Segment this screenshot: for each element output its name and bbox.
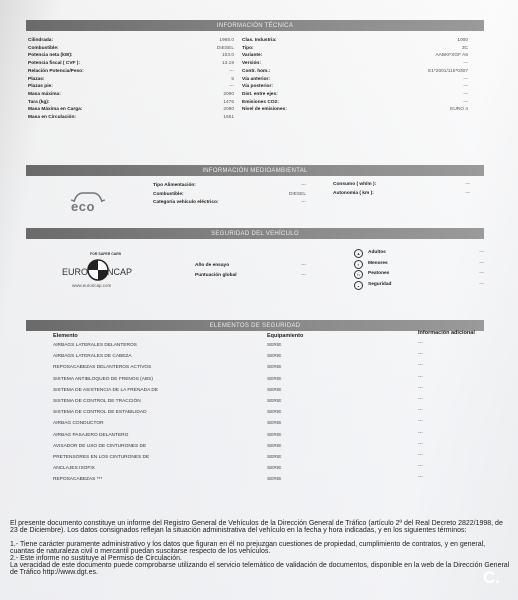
field-value: 1968.0 — [219, 38, 234, 43]
rating-value: --- — [479, 282, 484, 287]
field-label: Masa Máxima en Carga: — [28, 107, 82, 112]
eco-logo: eco — [68, 190, 108, 214]
field-label: Dist. entre ejes: — [242, 92, 278, 97]
field-value: --- — [301, 273, 306, 278]
cell-equipamiento: SERIE — [267, 444, 281, 449]
legal-footer: El presente documento constituye un info… — [10, 520, 510, 576]
field-label: Vía anterior: — [242, 77, 270, 82]
cell-info-adicional: --- — [418, 442, 423, 447]
field-value: --- — [229, 84, 234, 89]
field-value: 5 — [231, 77, 234, 82]
cell-equipamiento: SERIE — [267, 433, 281, 438]
field-label: Combustible: — [28, 46, 59, 51]
footer-paragraph-1: 1.- Tiene carácter puramente administrat… — [10, 541, 510, 555]
field-label: Vía posterior: — [242, 84, 273, 89]
field-value: 103.0 — [222, 53, 234, 58]
euroncap-arc-text: FOR SAFER CARS — [90, 252, 121, 256]
euroncap-left-text: EURO — [62, 267, 88, 277]
field-label: Versión: — [242, 61, 261, 66]
section-header-tecnica: INFORMACIÓN TÉCNICA — [26, 20, 484, 31]
field-label: Tipo: — [242, 46, 254, 51]
cell-equipamiento: SERIE — [267, 455, 281, 460]
cell-info-adicional: --- — [418, 397, 423, 402]
rating-label: Seguridad — [368, 282, 391, 287]
euroncap-target-icon — [87, 259, 109, 281]
cell-equipamiento: SERIE — [267, 388, 281, 393]
cell-equipamiento: SERIE — [267, 354, 281, 359]
cell-elemento: SISTEMA DE CONTROL DE TRACCIÓN — [53, 399, 141, 404]
field-label: Masa en Circulación: — [28, 115, 76, 120]
cell-elemento: AIRBAGS LATERALES DELANTEROS — [53, 343, 137, 348]
field-value: --- — [465, 191, 470, 196]
field-value: E1*2001/116*0307 — [428, 69, 468, 74]
cell-elemento: REPOSACABEZAS DELANTEROS ACTIVOS — [53, 365, 151, 370]
section-header-elementos: ELEMENTOS DE SEGURIDAD — [26, 320, 484, 331]
cell-info-adicional: --- — [418, 464, 423, 469]
cell-elemento: AIRBAG PASAJERO DELANTERO — [53, 433, 128, 438]
cell-equipamiento: SERIE — [267, 365, 281, 370]
rating-value: --- — [479, 271, 484, 276]
field-label: Relación Potencia/Peso: — [28, 69, 84, 74]
field-value: --- — [463, 77, 468, 82]
cell-elemento: AIRBAGS LATERALES DE CABEZA — [53, 354, 132, 359]
field-label: Consumo ( wh/m ): — [333, 182, 376, 187]
eco-logo-text: eco — [71, 199, 95, 214]
field-value: --- — [463, 84, 468, 89]
footer-paragraph-3: La veracidad de este documento puede com… — [10, 562, 510, 576]
field-value: DIESEL — [217, 46, 234, 51]
field-value: --- — [301, 263, 306, 268]
field-value: 1551 — [223, 115, 234, 120]
field-label: Plazas pie: — [28, 84, 53, 89]
field-label: Cilindrada: — [28, 38, 53, 43]
field-value: 1476 — [223, 100, 234, 105]
cell-equipamiento: SERIE — [267, 466, 281, 471]
field-value: 3C — [462, 46, 468, 51]
field-value: --- — [229, 69, 234, 74]
rating-value: --- — [479, 250, 484, 255]
rating-label: Peatones — [368, 271, 389, 276]
safety-icon: ◒ — [354, 281, 363, 290]
field-value: 1000 — [457, 38, 468, 43]
field-label: Tara (kg): — [28, 100, 50, 105]
field-value: 2090 — [223, 107, 234, 112]
field-label: Masa máxima: — [28, 92, 61, 97]
field-value: 13.19 — [222, 61, 234, 66]
field-value: --- — [465, 182, 470, 187]
field-label: Emisiones CO2: — [242, 100, 279, 105]
footer-paragraph-2: 2.- Este informe no sustituye al Permiso… — [10, 555, 510, 562]
field-label: Contr. hom.: — [242, 69, 270, 74]
field-value: --- — [301, 200, 306, 205]
cell-info-adicional: --- — [418, 341, 423, 346]
cell-equipamiento: SERIE — [267, 399, 281, 404]
cell-elemento: SISTEMA ANTIBLOQUEO DE FRENOS (ABS) — [53, 377, 153, 382]
cell-elemento: AIRBAG CONDUCTOR — [53, 421, 104, 426]
field-label: Autonomía ( km ): — [333, 191, 374, 196]
footer-paragraph-intro: El presente documento constituye un info… — [10, 520, 510, 534]
section-header-seguridad: SEGURIDAD DEL VEHÍCULO — [26, 228, 484, 239]
field-label: Potencia fiscal ( CVF ): — [28, 61, 80, 66]
field-value: EURO 4 — [450, 107, 468, 112]
section-header-medioambiental: INFORMACIÓN MEDIOAMBIENTAL — [26, 165, 484, 176]
field-label: Clas. Industria: — [242, 38, 277, 43]
field-label: Nivel de emisiones: — [242, 107, 287, 112]
field-value: --- — [463, 61, 468, 66]
cell-equipamiento: SERIE — [267, 421, 281, 426]
cell-equipamiento: SERIE — [267, 343, 281, 348]
field-label: Potencia neta (kW): — [28, 53, 73, 58]
cell-info-adicional: --- — [418, 431, 423, 436]
cell-equipamiento: SERIE — [267, 377, 281, 382]
column-header-equipamiento: Equipamiento — [267, 333, 303, 339]
rating-label: Adultos — [368, 250, 386, 255]
cell-info-adicional: --- — [418, 453, 423, 458]
cell-info-adicional: --- — [418, 386, 423, 391]
document-page: INFORMACIÓN TÉCNICA Cilindrada:1968.0Com… — [0, 0, 518, 600]
pedestrian-icon: ĥ — [354, 270, 363, 279]
field-value: DIESEL — [289, 192, 306, 197]
cell-elemento: AVISADOR DE USO DE CINTURONES DE — [53, 444, 146, 449]
cell-info-adicional: --- — [418, 352, 423, 357]
field-value: 2090 — [223, 92, 234, 97]
cell-elemento: PRETENSORES EN LOS CINTURONES DE — [53, 455, 149, 460]
field-label: Variante: — [242, 53, 262, 58]
rating-value: --- — [479, 261, 484, 266]
field-label: Combustible: — [153, 192, 184, 197]
field-label: Puntuación global — [195, 273, 237, 278]
field-label: Categoría vehículo eléctrico: — [153, 200, 219, 205]
euroncap-url: www.euroncap.com — [72, 283, 111, 288]
cell-equipamiento: SERIE — [267, 410, 281, 415]
field-value: --- — [301, 183, 306, 188]
cell-elemento: SISTEMA DE CONTROL DE ESTABILIDAD — [53, 410, 147, 415]
euroncap-logo: FOR SAFER CARS EURO NCAP www.euroncap.co… — [62, 250, 142, 292]
field-value: --- — [463, 100, 468, 105]
cell-info-adicional: --- — [418, 475, 423, 480]
cell-elemento: ANCLAJES ISOFIX — [53, 466, 95, 471]
field-value: AABKFXGF A6 — [435, 53, 468, 58]
field-label: Plazas: — [28, 77, 45, 82]
cell-equipamiento: SERIE — [267, 477, 281, 482]
cell-info-adicional: --- — [418, 363, 423, 368]
cell-info-adicional: --- — [418, 419, 423, 424]
child-icon: ◐ — [354, 260, 363, 269]
adult-icon: ▲ — [354, 249, 363, 258]
field-label: Año de ensayo — [195, 263, 229, 268]
field-value: --- — [463, 92, 468, 97]
corner-watermark: C. — [483, 568, 500, 588]
column-header-info-adicional: Información adicional — [418, 330, 475, 336]
field-label: Tipo Alimentación: — [153, 183, 196, 188]
column-header-elemento: Elemento — [53, 333, 78, 339]
euroncap-right-text: NCAP — [107, 267, 132, 277]
rating-label: Menores — [368, 261, 388, 266]
cell-info-adicional: --- — [418, 375, 423, 380]
cell-info-adicional: --- — [418, 408, 423, 413]
cell-elemento: REPOSACABEZAS *** — [53, 477, 102, 482]
cell-elemento: SISTEMA DE ASISTENCIA DE LA FRENADA DE — [53, 388, 158, 393]
